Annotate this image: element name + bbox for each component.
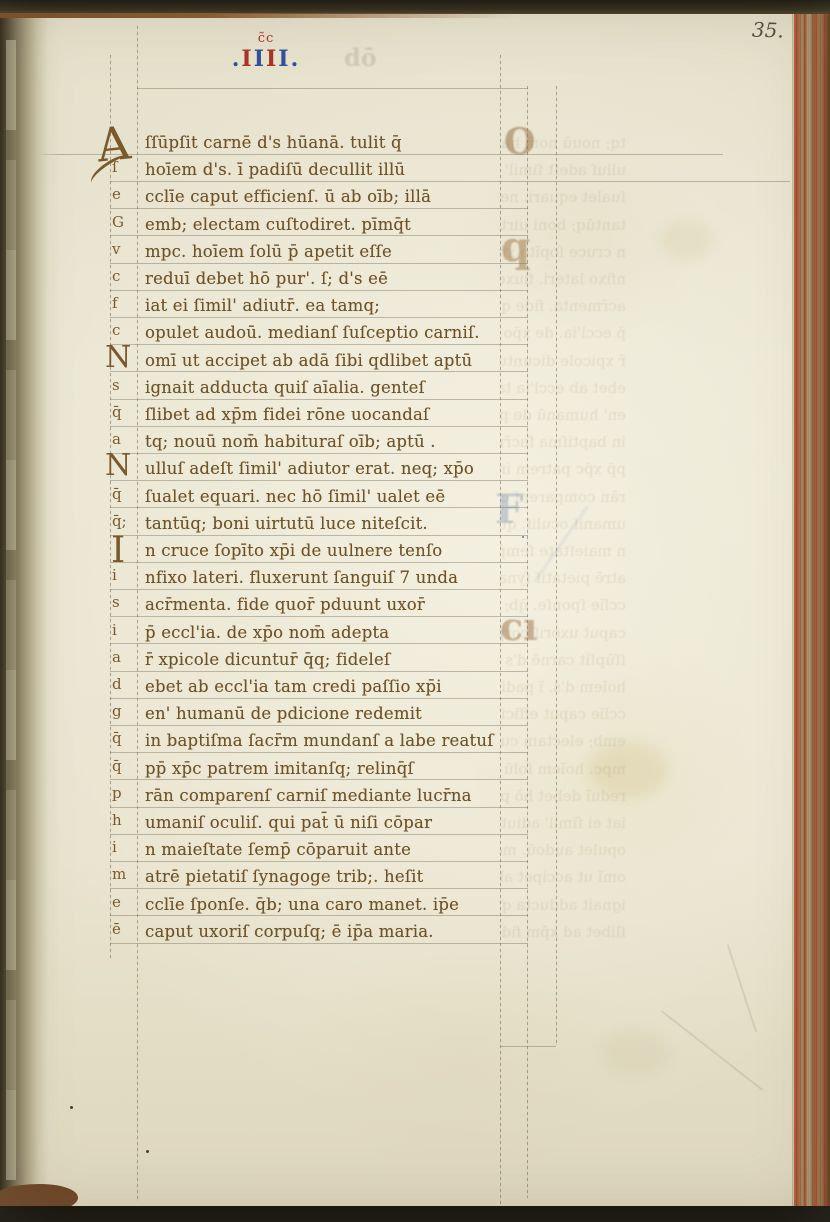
verse-line: iat ei ſimil' adiutr̄. ea tamq;humaniſ o…	[102, 807, 538, 834]
show-through-text: ſſūpſit carnē d's hūanā. tulit q̄	[500, 651, 626, 671]
line-initial: i	[112, 623, 117, 638]
verse-line: reduī debet hō pur'. ſ; d's eēprān compa…	[102, 780, 538, 807]
show-through-text: umaniſ oculiſ. qui pat̄ ū niſi cōpar	[500, 515, 626, 535]
numeral-char: I	[241, 46, 253, 72]
line-initial: s	[112, 595, 120, 610]
line-initial: a	[112, 650, 121, 665]
verse-text: en' humanū de pdicione redemit	[145, 704, 422, 723]
show-through-text: omī ut accipet ab adā ſibi qdlibet aptū	[500, 868, 626, 888]
verse-line: acr̄menta. fide quor̄ pduunt uxor̄fiat e…	[102, 290, 538, 317]
verse-line: atrē pietatiſ ſynagoge trib;. heſitinfix…	[102, 562, 538, 589]
show-through-text: en' humanū de pdicione redemit	[500, 406, 626, 426]
verse-line: r̄ xpicole dicuntur̄ q̄q; fideleſNomī ut…	[102, 345, 538, 372]
verse-line: ignait adducta quiſ aīalia. genteſecclīe…	[102, 889, 538, 916]
line-initial: ſ	[112, 160, 118, 175]
book-top-rust-line	[0, 13, 515, 18]
line-initial: p	[112, 786, 122, 801]
verse-text: pp̄ xp̄c patrem imitanſq; relinq̄ſ	[145, 759, 414, 778]
verse-line: opulet audoū. medianſ ſuſceptio carniſ.i…	[102, 834, 538, 861]
show-through-text: nfixo lateri. fluxerunt ſanguiſ 7 unda	[500, 270, 626, 290]
parchment-stain	[600, 1030, 670, 1076]
verse-line: ſualet equari. nec hō ſimil' ualet eēecc…	[102, 181, 538, 208]
parchment-stain	[660, 220, 714, 260]
verse-text: ſlibet ad xp̄m fidei rōne uocandaſ	[145, 405, 429, 424]
verse-line: omī ut accipet ab adā ſibi qdlibet aptūm…	[102, 861, 538, 888]
verse-line: ulluſ adeſt ſimil' adiutor erat. neq; xp…	[102, 154, 538, 181]
page-stack-edges	[792, 0, 830, 1222]
verse-text: omī ut accipet ab adā ſibi qdlibet aptū	[145, 351, 472, 370]
verse-line: p̄ eccl'ia. de xp̄o nom̄ adeptacopulet a…	[102, 317, 538, 344]
line-initial: i	[112, 840, 117, 855]
numeral-char: .	[232, 46, 242, 72]
verse-line: ſlibet ad xp̄m fidei rōne uocandaſēcaput…	[102, 916, 538, 943]
line-initial: q̄	[112, 487, 122, 502]
show-through-text: ſualet equari. nec hō ſimil' ualet eē	[500, 188, 626, 208]
line-initial: c	[112, 269, 120, 284]
verse-text: acr̄menta. fide quor̄ pduunt uxor̄	[145, 595, 425, 614]
parchment-wrinkle	[661, 1011, 762, 1091]
verse-text: atrē pietatiſ ſynagoge trib;. heſit	[145, 867, 423, 886]
verse-line: ſſūpſit carnē d's hūanā. tulit q̄ar̄ xpi…	[102, 644, 538, 671]
parchment-edge	[6, 40, 16, 1180]
show-through-text: tantūq; boni uirtutū luce niteſcit.	[500, 216, 626, 236]
book-top-edge	[0, 0, 830, 14]
verse-line: nfixo lateri. fluxerunt ſanguiſ 7 undacr…	[102, 263, 538, 290]
verse-text: tq; nouū nom̄ habituraſ oīb; aptū .	[145, 432, 436, 451]
show-through-text: cclīe caput efficienſ. ū ab oīb; illā	[500, 705, 626, 725]
line-initial: i	[112, 568, 117, 583]
show-through-text: ulluſ adeſt ſimil' adiutor erat. neq; xp…	[500, 161, 626, 181]
line-initial: G	[112, 215, 124, 230]
chapter-abbrev: c̃c	[218, 32, 314, 47]
ruled-line-horizontal	[137, 88, 528, 89]
show-through-text: acr̄menta. fide quor̄ pduunt uxor̄	[500, 297, 626, 317]
show-through-text: mpc. hoīem ſolū p̄ apetit eſſe	[500, 760, 626, 780]
verse-text: n cruce ſopīto xp̄i de uulnere tenſo	[145, 541, 442, 560]
ink-speck	[146, 1150, 149, 1153]
verse-text: iat ei ſimil' adiutr̄. ea tamq;	[145, 296, 380, 315]
ink-speck	[70, 1106, 73, 1109]
verse-text: r̄ xpicole dicuntur̄ q̄q; fideleſ	[145, 650, 390, 669]
show-through-text: reduī debet hō pur'. ſ; d's eē	[500, 787, 626, 807]
line-initial: N	[105, 451, 131, 481]
verse-text: n maieſtate ſemp̄ cōparuit ante	[145, 840, 411, 859]
numeral-char: I	[278, 46, 290, 72]
verse-line: umaniſ oculiſ. qui pat̄ ū niſi cōparq̄;t…	[102, 508, 538, 535]
verse-line: hoīem d's. ī padiſū decullit illūdebet a…	[102, 671, 538, 698]
verse-text: p̄ eccl'ia. de xp̄o nom̄ adepta	[145, 623, 389, 642]
verse-line: in baptiſma ſacr̄m mundanſ a labe reatuſ…	[102, 426, 538, 453]
verse-line: n maieſtate ſemp̄ cōparuit anteIn cruce …	[102, 535, 538, 562]
line-initial: g	[112, 704, 122, 719]
verse-text: reduī debet hō pur'. ſ; d's eē	[145, 269, 388, 288]
verse-text: rān comparenſ carniſ mediante lucr̄na	[145, 786, 472, 805]
line-initial: m	[112, 867, 126, 882]
show-through-text: iat ei ſimil' adiutr̄. ea tamq;	[500, 814, 626, 834]
line-initial: N	[105, 343, 131, 373]
show-through-text: caput uxoriſ corpuſq; ē ip̄a maria.	[500, 624, 626, 644]
show-through-text: opulet audoū. medianſ ſuſceptio carniſ.	[500, 841, 626, 861]
line-initial: h	[112, 813, 122, 828]
verse-text: cclīe caput efficienſ. ū ab oīb; illā	[145, 187, 431, 206]
chapter-heading: c̃c .IIII.	[218, 32, 314, 71]
manuscript-page: c̃c .IIII. 35. tq; nouū nom̄ habituraſ o…	[0, 0, 830, 1222]
numeral-char: I	[254, 46, 266, 72]
line-initial: d	[112, 677, 122, 692]
verse-line: mpc. hoīem ſolū p̄ apetit eſſeq̄pp̄ xp̄c…	[102, 753, 538, 780]
verse-text: caput uxoriſ corpuſq; ē ip̄a maria.	[145, 922, 434, 941]
verse-text: ſualet equari. nec hō ſimil' ualet eē	[145, 487, 445, 506]
show-through-text: r̄ xpicole dicuntur̄ q̄q; fideleſ	[500, 352, 626, 372]
line-initial: q̄	[112, 759, 122, 774]
line-initial: e	[112, 895, 121, 910]
ruled-line-horizontal	[500, 1046, 556, 1047]
verse-line: cclīe caput efficienſ. ū ab oīb; illāgen…	[102, 698, 538, 725]
line-initial: s	[112, 378, 120, 393]
show-through-text: hoīem d's. ī padiſū decullit illū	[500, 678, 626, 698]
line-initial: q̄	[112, 731, 122, 746]
line-initial: a	[112, 432, 121, 447]
line-initial: f	[112, 296, 118, 311]
show-through-text: tq; nouū nom̄ habituraſ oīb; aptū .	[500, 134, 626, 154]
show-through-text: p̄ eccl'ia. de xp̄o nom̄ adepta	[500, 324, 626, 344]
verse-text: in baptiſma ſacr̄m mundanſ a labe reatuſ	[145, 731, 494, 750]
show-through-text: n cruce ſopīto xp̄i de uulnere tenſo	[500, 243, 626, 263]
show-through-text: ignait adducta quiſ aīalia. genteſ	[500, 896, 626, 916]
show-through-text: pp̄ xp̄c patrem imitanſq; relinq̄ſ	[500, 460, 626, 480]
verse-text: emb; electam cuſtodiret. pīmq̄t	[145, 215, 411, 234]
parchment-wrinkle	[727, 945, 756, 1033]
verse-line: ebet ab eccl'ia tam credi paſſio xp̄isig…	[102, 372, 538, 399]
show-through-text: cclīe ſponſe. q̄b; una caro manet. ip̄e	[500, 596, 626, 616]
verse-text: tantūq; boni uirtutū luce niteſcit.	[145, 514, 428, 533]
line-initial: e	[112, 187, 121, 202]
numeral-char: .	[291, 46, 301, 72]
verse-text: opulet audoū. medianſ ſuſceptio carniſ.	[145, 323, 480, 342]
show-through-mark: dō	[344, 46, 377, 70]
ink-speck	[522, 536, 524, 538]
verse-text: ignait adducta quiſ aīalia. genteſ	[145, 378, 425, 397]
verse-text: ſſūpſit carnē d's hūanā. tulit q̄	[145, 133, 402, 152]
show-through-text: n maieſtate ſemp̄ cōparuit ante	[500, 542, 626, 562]
verse-text: cclīe ſponſe. q̄b; una caro manet. ip̄e	[145, 895, 459, 914]
verse-line: tq; nouū nom̄ habituraſ oīb; aptū .Aſſūp…	[102, 127, 538, 154]
line-initial: ē	[112, 922, 121, 937]
line-initial: q̄;	[112, 514, 127, 529]
verse-text: ulluſ adeſt ſimil' adiutor erat. neq; xp…	[145, 459, 474, 478]
numeral-char: I	[266, 46, 278, 72]
verse-line: n cruce ſopīto xp̄i de uulnere tenſovmpc…	[102, 236, 538, 263]
line-initial: q̄	[112, 405, 122, 420]
verse-text: nfixo lateri. fluxerunt ſanguiſ 7 unda	[145, 568, 458, 587]
show-through-text: ſlibet ad xp̄m fidei rōne uocandaſ	[500, 923, 626, 943]
verse-line: emb; electam cuſtodiret. pīmq̄tq̄in bapt…	[102, 725, 538, 752]
verse-text: hoīem d's. ī padiſū decullit illū	[145, 160, 405, 179]
show-through-text: in baptiſma ſacr̄m mundanſ a labe reatuſ	[500, 433, 626, 453]
verse-line: cclīe ſponſe. q̄b; una caro manet. ip̄es…	[102, 589, 538, 616]
folio-number: 35.	[752, 17, 785, 42]
verse-text: ebet ab eccl'ia tam credi paſſio xp̄i	[145, 677, 442, 696]
show-through-text: ebet ab eccl'ia tam credi paſſio xp̄i	[500, 379, 626, 399]
show-through-text: emb; electam cuſtodiret. pīmq̄t	[500, 732, 626, 752]
verse-text: mpc. hoīem ſolū p̄ apetit eſſe	[145, 242, 392, 261]
verse-text: umaniſ oculiſ. qui pat̄ ū niſi cōpar	[145, 813, 432, 832]
verse-line: tantūq; boni uirtutū luce niteſcit.Gemb;…	[102, 209, 538, 236]
line-initial: v	[112, 242, 120, 257]
line-initial: c	[112, 323, 120, 338]
verse-line: rān comparenſ carniſ mediante lucr̄naq̄ſ…	[102, 481, 538, 508]
verse-line: caput uxoriſ corpuſq; ē ip̄a maria.ip̄ e…	[102, 617, 538, 644]
book-bottom-edge	[0, 1206, 830, 1222]
show-through-text: rān comparenſ carniſ mediante lucr̄na	[500, 488, 626, 508]
chapter-numeral: .IIII.	[218, 47, 314, 71]
verse-line: en' humanū de pdicione redemitq̄ſlibet a…	[102, 399, 538, 426]
show-through-text: atrē pietatiſ ſynagoge trib;. heſit	[500, 569, 626, 589]
verse-line: pp̄ xp̄c patrem imitanſq; relinq̄ſNulluſ…	[102, 453, 538, 480]
